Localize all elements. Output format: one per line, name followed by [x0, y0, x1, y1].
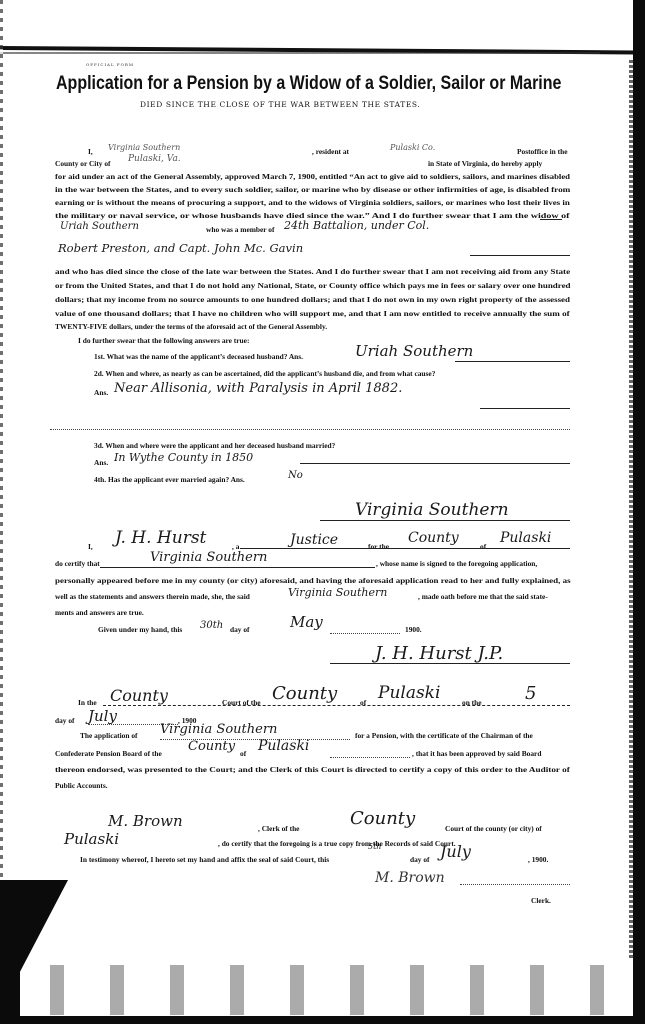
answer-4-handwritten: No: [288, 470, 303, 481]
board-label: Confederate Pension Board of the: [55, 750, 162, 757]
testimony-text: In testimony whereof, I hereto set my ha…: [80, 856, 329, 863]
answer-1-handwritten: Uriah Southern: [355, 342, 473, 360]
certify-rest: , whose name is signed to the foregoing …: [376, 560, 537, 567]
court-line-4: Public Accounts.: [55, 782, 108, 789]
body-line-1: for aid under an act of the General Asse…: [55, 173, 570, 180]
applicant-prefix: I,: [88, 148, 93, 155]
resident-label: , resident at: [312, 148, 349, 155]
of-label: of: [480, 543, 486, 550]
clerk-signature: M. Brown: [375, 870, 445, 886]
court-day-of: day of: [55, 717, 75, 724]
scan-noise-bottom: [30, 965, 630, 1015]
court-type-handwritten: County: [110, 686, 168, 705]
given-day-handwritten: 30th: [200, 620, 223, 631]
application-rest: for a Pension, with the certificate of t…: [355, 732, 533, 739]
unit-handwritten: 24th Battalion, under Col.: [284, 219, 429, 232]
questions-intro: I do further swear that the following an…: [78, 337, 249, 344]
answer-3-line: [300, 463, 570, 464]
official-signature-line: [330, 663, 570, 664]
question-4: 4th. Has the applicant ever married agai…: [94, 476, 245, 483]
testimony-month-handwritten: July: [440, 842, 471, 861]
testimony-day-of: day of: [410, 856, 430, 863]
clerk-label: , Clerk of the: [258, 825, 299, 832]
answer-2-prefix: Ans.: [94, 389, 108, 396]
board-kind-handwritten: County: [188, 739, 235, 754]
testimony-day-handwritten: 5th: [368, 842, 381, 851]
body2-line-3: dollars; that my income from no source a…: [55, 296, 570, 303]
certificate-i-label: I,: [88, 543, 93, 550]
application-name-handwritten: Virginia Southern: [160, 722, 277, 737]
court-kind-handwritten: County: [272, 683, 337, 704]
certified-name-handwritten: Virginia Southern: [150, 550, 267, 565]
unit-handwritten-cont: Robert Preston, and Capt. John Mc. Gavin: [58, 241, 303, 255]
state-text: in State of Virginia, do hereby apply: [428, 160, 542, 167]
court-in-the: In the: [78, 699, 97, 706]
certificate-line-4: ments and answers are true.: [55, 609, 144, 616]
body2-line-4: value of one thousand dollars; that I ha…: [55, 310, 570, 317]
scan-corner-bottom-left-2: [0, 960, 20, 1024]
scan-border-bottom: [0, 1016, 645, 1024]
certificate-line-3-post: , made oath before me that the said stat…: [418, 593, 548, 600]
office-handwritten: Justice: [290, 532, 338, 548]
given-dayof-label: day of: [230, 626, 250, 633]
scan-border-left: [0, 0, 3, 1024]
board-rest: , that it has been approved by said Boar…: [412, 750, 541, 757]
given-year: 1900.: [405, 626, 422, 633]
husband-name-handwritten: Uriah Southern: [60, 221, 139, 232]
answer-1-line: [455, 361, 570, 362]
widow-of-line: [540, 219, 562, 220]
county-handwritten: Pulaski, Va.: [128, 154, 181, 164]
body2-line-1: and who has died since the close of the …: [55, 268, 570, 275]
question-1: 1st. What was the name of the applicant’…: [94, 353, 303, 360]
clerk-court-rest: Court of the county (or city) of: [445, 825, 542, 832]
board-place-handwritten: Pulaski: [258, 738, 309, 754]
clerk-signature-line: [460, 884, 570, 885]
for-the-label: for the: [368, 543, 389, 550]
certificate-line-3-name: Virginia Southern: [288, 586, 387, 599]
testimony-year: , 1900.: [528, 856, 548, 863]
postoffice-label: Postoffice in the: [517, 148, 568, 155]
certificate-line-2-text: personally appeared before me in my coun…: [55, 577, 571, 584]
question-2: 2d. When and where, as nearly as can be …: [94, 370, 435, 377]
scan-border-top-shadow: [0, 52, 600, 54]
official-signature: J. H. Hurst J.P.: [375, 643, 503, 664]
answer-2-line-2: [50, 429, 570, 430]
certify-label: do certify that: [55, 560, 100, 567]
document-subtitle: DIED SINCE THE CLOSE OF THE WAR BETWEEN …: [140, 100, 420, 109]
question-3: 3d. When and where were the applicant an…: [94, 442, 335, 449]
board-line: [330, 757, 410, 758]
clerk-title: Clerk.: [531, 897, 551, 904]
unit-line: [470, 255, 570, 256]
body2-line-2: or from the United States, and that I do…: [55, 282, 571, 289]
answer-3-handwritten: In Wythe County in 1850: [114, 451, 253, 464]
applicant-name-handwritten: Virginia Southern: [108, 143, 180, 152]
board-of-label: of: [240, 750, 246, 757]
clerk-court-handwritten: County: [350, 808, 415, 829]
application-label: The application of: [80, 732, 138, 739]
court-line-3: thereon endorsed, was presented to the C…: [55, 766, 570, 773]
member-label: who was a member of: [206, 226, 274, 233]
place-handwritten: Pulaski: [500, 530, 551, 546]
given-month-handwritten: May: [290, 613, 323, 631]
answer-2-handwritten: Near Allisonia, with Paralysis in April …: [114, 381, 402, 396]
given-month-line: [330, 633, 400, 634]
court-day-handwritten: 5: [525, 683, 536, 704]
scan-border-right-inner: [629, 60, 633, 960]
certificate-line-2: [100, 567, 375, 568]
answer-2-line: [480, 408, 570, 409]
clerk-place-handwritten: Pulaski: [64, 830, 119, 848]
body-line-2: in the war between the States, and to ev…: [55, 186, 570, 193]
clerk-certify-rest: , do certify that the foregoing is a tru…: [218, 840, 456, 847]
clerk-name-handwritten: M. Brown: [108, 812, 183, 830]
given-label: Given under my hand, this: [98, 626, 182, 633]
county-label: County or City of: [55, 160, 111, 167]
official-name-handwritten: J. H. Hurst: [115, 528, 206, 548]
answer-3-prefix: Ans.: [94, 459, 108, 466]
court-county-handwritten: Pulaski: [378, 683, 440, 703]
applicant-signature: Virginia Southern: [355, 500, 509, 520]
court-line-1: [103, 705, 570, 706]
certificate-line-1: [240, 548, 570, 549]
residence-handwritten: Pulaski Co.: [390, 143, 435, 152]
jurisdiction-handwritten: County: [408, 530, 459, 546]
court-month-handwritten: July: [88, 707, 117, 725]
document-title: Application for a Pension by a Widow of …: [56, 72, 482, 95]
scan-border-right: [633, 0, 645, 1024]
applicant-signature-line: [320, 520, 570, 521]
form-label: OFFICIAL FORM: [86, 62, 134, 67]
body-line-3: earning or is without the means of procu…: [55, 199, 570, 206]
certificate-line-3-pre: well as the statements and answers there…: [55, 593, 250, 600]
body2-line-5: TWENTY-FIVE dollars, under the terms of …: [55, 323, 327, 330]
